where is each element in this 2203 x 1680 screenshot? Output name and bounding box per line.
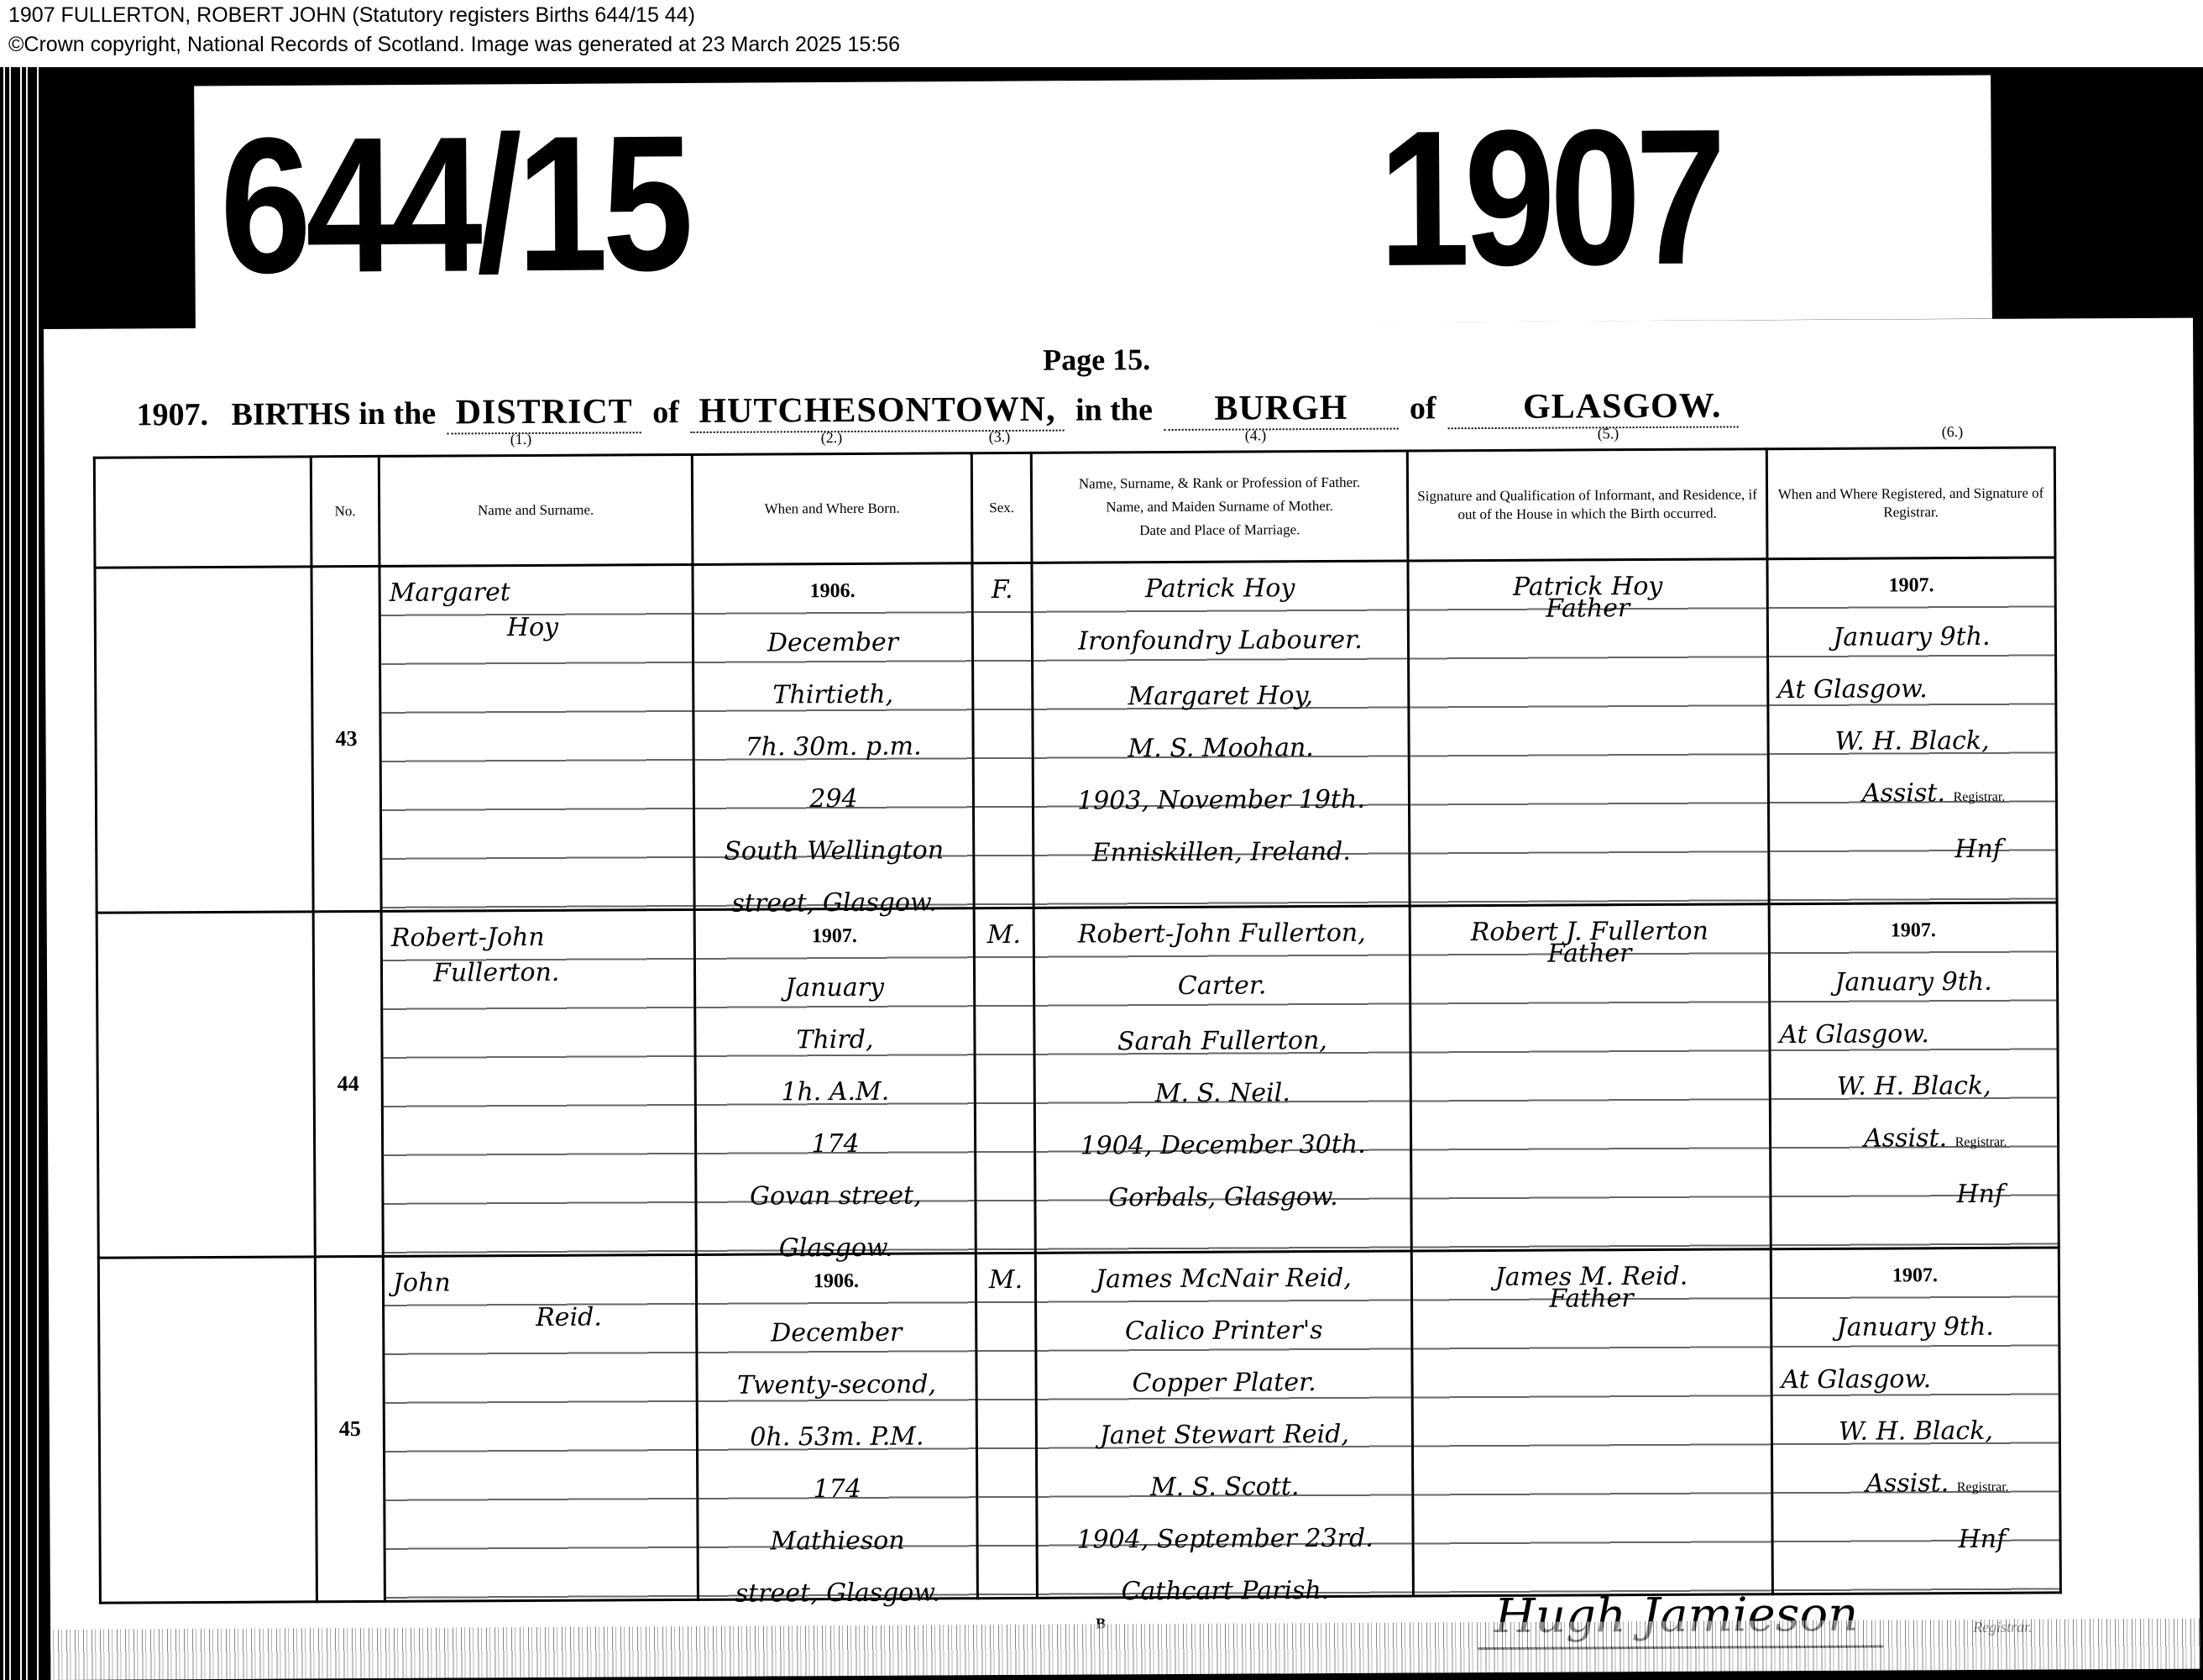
heading-burgh-label: BURGH — [1164, 388, 1398, 431]
surname: Fullerton. — [383, 946, 693, 1000]
margin-column-header — [94, 457, 311, 568]
sex-cell: M. — [976, 1253, 1037, 1598]
registrar-signature: Hugh Jamieson — [1478, 1588, 1883, 1651]
parents-line: Carter. — [1035, 959, 1409, 1013]
heading-burgh-name: GLASGOW. — [1447, 385, 1739, 429]
parents-line: Gorbals, Glasgow. — [1036, 1170, 1410, 1224]
born-line: 1h. A.M. — [697, 1065, 974, 1119]
header-informant: Signature and Qualification of Informant… — [1407, 449, 1767, 561]
registered-year: 1907. — [1771, 903, 2056, 957]
heading-of-2: of — [1410, 390, 1436, 427]
column-number: (4.) — [1245, 427, 1267, 444]
record-title: 1907 FULLERTON, ROBERT JOHN (Statutory r… — [8, 3, 695, 28]
registered-cell: 1907. January 9th. At Glasgow. W. H. Bla… — [1769, 903, 2059, 1249]
surname: Hoy — [381, 601, 692, 655]
copyright-notice: ©Crown copyright, National Records of Sc… — [8, 32, 900, 57]
header-sex: Sex. — [971, 453, 1032, 563]
born-year: 1906. — [698, 1254, 975, 1308]
table-row: 45 John Reid. 1906. December Twenty-seco… — [98, 1248, 2060, 1603]
column-number: (2.) — [821, 429, 843, 447]
born-line: 174 — [699, 1463, 976, 1516]
registered-year: 1907. — [1768, 558, 2054, 612]
registrar-title: Assist. Registrar. — [1773, 1457, 2059, 1515]
page-letter: B — [1096, 1615, 1106, 1632]
heading-of: of — [652, 394, 679, 431]
registrar-initials: Hnf — [1770, 823, 2055, 877]
heading-year: 1907. — [136, 396, 208, 433]
informant-cell: James M. Reid. Father — [1411, 1249, 1772, 1596]
parents-line: Sarah Fullerton, — [1035, 1014, 1409, 1068]
heading-district-name: HUTCHESONTOWN, — [690, 390, 1064, 433]
registrar-initials: Hnf — [1771, 1168, 2057, 1222]
parents-cell: Robert-John Fullerton, Carter. Sarah Ful… — [1033, 906, 1411, 1253]
header-parents: Name, Surname, & Rank or Profession of F… — [1031, 451, 1408, 563]
sex-cell: M. — [974, 908, 1035, 1253]
born-cell: 1906. December Twenty-second, 0h. 53m. P… — [696, 1253, 977, 1600]
registered-date: January 9th. — [1769, 610, 2054, 664]
informant-qualification: Father — [1410, 582, 1766, 636]
parents-line: M. S. Moohan. — [1033, 722, 1407, 776]
header-born: When and Where Born. — [692, 453, 972, 565]
registered-cell: 1907. January 9th. At Glasgow. W. H. Bla… — [1767, 557, 2057, 904]
parents-line: M. S. Scott. — [1038, 1460, 1411, 1514]
registered-place: At Glasgow. — [1771, 1007, 2056, 1061]
parents-line: Robert-John Fullerton, — [1035, 907, 1409, 960]
parents-line: James McNair Reid, — [1037, 1252, 1410, 1306]
registrar-footer-label: Registrar. — [1973, 1619, 2033, 1636]
born-line: street, Glasgow. — [699, 1567, 976, 1620]
parents-line: Patrick Hoy — [1033, 563, 1406, 616]
column-number: (6.) — [1942, 423, 1964, 441]
register-page: Page 15. 1907. BIRTHS in the DISTRICT of… — [44, 318, 2200, 1680]
parents-line: 1904, December 30th. — [1036, 1118, 1410, 1172]
parents-line: Janet Stewart Reid, — [1038, 1408, 1411, 1462]
born-line: Govan street, — [697, 1170, 974, 1223]
parents-line: Enniskillen, Ireland. — [1034, 825, 1408, 879]
binding-edge — [0, 67, 42, 1680]
parents-line: Copper Plater. — [1037, 1356, 1410, 1410]
born-line: Thirtieth, — [694, 668, 971, 722]
header-registered: When and Where Registered, and Signature… — [1766, 447, 2055, 559]
registrar-label: Registrar. — [1957, 1480, 2009, 1494]
heading-district-label: DISTRICT — [447, 391, 641, 434]
born-cell: 1906. December Thirtieth, 7h. 30m. p.m. … — [693, 563, 974, 910]
header-row: No. Name and Surname. When and Where Bor… — [94, 447, 2055, 568]
born-line: Mathieson — [699, 1515, 976, 1568]
born-line: South Wellington — [695, 824, 972, 878]
informant-cell: Patrick Hoy Father — [1408, 559, 1769, 906]
registered-place: At Glasgow. — [1769, 662, 2054, 716]
header-no: No. — [311, 456, 379, 566]
born-line: Twenty-second, — [698, 1358, 975, 1412]
sex-value: M. — [977, 1254, 1034, 1306]
entry-number: 44 — [313, 911, 383, 1256]
parents-cell: Patrick Hoy Ironfoundry Labourer. Margar… — [1032, 561, 1410, 908]
registrar-title: Assist. Registrar. — [1770, 767, 2055, 824]
register-scan: 644/15 1907 Page 15. 1907. BIRTHS in the… — [0, 67, 2203, 1680]
registered-date: January 9th. — [1772, 1301, 2058, 1354]
header-name: Name and Surname. — [379, 454, 693, 566]
parents-line: Ironfoundry Labourer. — [1033, 615, 1407, 668]
informant-cell: Robert J. Fullerton Father — [1410, 904, 1771, 1251]
born-cell: 1907. January Third, 1h. A.M. 174 Govan … — [694, 908, 976, 1255]
born-line: 174 — [697, 1117, 974, 1171]
informant-qualification: Father — [1413, 1272, 1770, 1326]
header-parents-marriage: Date and Place of Marriage. — [1033, 521, 1406, 541]
table-row: 44 Robert-John Fullerton. 1907. January … — [97, 903, 2059, 1258]
born-line: January — [696, 961, 973, 1015]
margin-cell — [97, 912, 315, 1258]
heading-in-the: in the — [1075, 391, 1153, 428]
margin-cell — [98, 1257, 317, 1603]
registered-date: January 9th. — [1771, 955, 2056, 1009]
born-line: December — [694, 616, 971, 670]
parents-line: 1903, November 19th. — [1034, 773, 1408, 827]
born-line: 7h. 30m. p.m. — [694, 720, 971, 774]
born-line: 294 — [695, 772, 972, 826]
sex-value: F. — [973, 564, 1030, 616]
registrar-name: W. H. Black, — [1769, 714, 2054, 768]
parents-line: Cathcart Parish. — [1039, 1564, 1412, 1618]
born-line: Third, — [696, 1013, 973, 1067]
entry-number: 43 — [311, 566, 381, 911]
informant-qualification: Father — [1411, 927, 1768, 981]
stamp-reference: 644/15 — [219, 98, 688, 311]
name-cell: Margaret Hoy — [379, 564, 694, 911]
entry-number: 45 — [315, 1256, 385, 1601]
parents-line: Calico Printer's — [1037, 1304, 1410, 1358]
reference-stamp: 644/15 1907 — [194, 75, 1992, 329]
parents-line: Margaret Hoy, — [1033, 670, 1407, 724]
parents-cell: James McNair Reid, Calico Printer's Copp… — [1035, 1251, 1413, 1598]
born-line: 0h. 53m. P.M. — [699, 1410, 976, 1464]
registrar-name: W. H. Black, — [1773, 1405, 2059, 1458]
registrar-initials: Hnf — [1773, 1513, 2059, 1567]
born-year: 1906. — [693, 564, 971, 618]
table-row: 43 Margaret Hoy 1906. December Thirtieth… — [95, 557, 2057, 913]
births-register-table: No. Name and Surname. When and Where Bor… — [93, 446, 2062, 1604]
sex-value: M. — [976, 909, 1033, 961]
name-cell: John Reid. — [383, 1254, 698, 1601]
born-year: 1907. — [696, 909, 973, 963]
registrar-title: Assist. Registrar. — [1771, 1112, 2057, 1170]
born-line: December — [698, 1306, 975, 1360]
margin-cell — [95, 567, 313, 913]
page-number: Page 15. — [1043, 342, 1150, 378]
parents-line: 1904, September 23rd. — [1038, 1512, 1411, 1566]
registered-year: 1907. — [1772, 1248, 2058, 1302]
surname: Reid. — [385, 1291, 695, 1345]
sex-cell: F. — [972, 563, 1033, 908]
name-cell: Robert-John Fullerton. — [381, 909, 696, 1256]
parents-line: M. S. Neil. — [1036, 1066, 1410, 1120]
header-parents-father: Name, Surname, & Rank or Profession of F… — [1033, 474, 1406, 494]
registrar-label: Registrar. — [1954, 790, 2006, 804]
registered-cell: 1907. January 9th. At Glasgow. W. H. Bla… — [1771, 1248, 2060, 1594]
column-number: (3.) — [989, 428, 1011, 446]
registered-place: At Glasgow. — [1772, 1353, 2058, 1406]
stamp-year: 1907 — [1378, 92, 1721, 303]
registrar-label: Registrar. — [1955, 1135, 2007, 1149]
register-heading: 1907. BIRTHS in the DISTRICT of HUTCHESO… — [136, 385, 1983, 437]
heading-births: BIRTHS in the — [231, 395, 436, 433]
column-number: (5.) — [1598, 425, 1620, 442]
header-parents-mother: Name, and Maiden Surname of Mother. — [1033, 497, 1406, 517]
registrar-name: W. H. Black, — [1771, 1060, 2057, 1113]
column-number: (1.) — [510, 431, 532, 448]
